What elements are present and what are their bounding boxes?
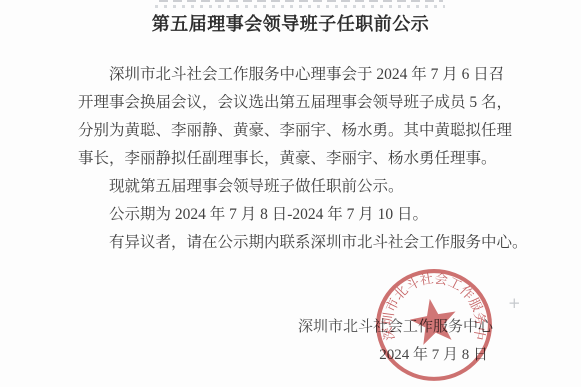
body-line: 分别为黄聪、李丽静、黄豪、李丽宇、杨水勇。其中黄聪拟任理 [78, 117, 528, 145]
cropped-text-remnant-row1 [159, 0, 443, 2]
document-body: 深圳市北斗社会工作服务中心理事会于 2024 年 7 月 6 日召 开理事会换届… [78, 61, 528, 257]
body-line: 开理事会换届会议，会议选出第五届理事会领导班子成员 5 名， [78, 89, 528, 117]
seal-icon: 深圳市北斗社会工作服务中心 [374, 268, 494, 384]
announcement-document: 第五届理事会领导班子任职前公示 深圳市北斗社会工作服务中心理事会于 2024 年… [0, 0, 581, 387]
cropped-text-remnant-row2 [155, 5, 445, 8]
body-line: 有异议者，请在公示期内联系深圳市北斗社会工作服务中心。 [78, 229, 528, 257]
stray-plus-mark: + [508, 294, 521, 312]
cropped-text-remnant [155, 0, 445, 9]
body-line: 深圳市北斗社会工作服务中心理事会于 2024 年 7 月 6 日召 [78, 61, 528, 89]
seal-star-icon [407, 295, 460, 347]
page-title: 第五届理事会领导班子任职前公示 [0, 10, 581, 36]
official-seal-stamp: 深圳市北斗社会工作服务中心 [374, 268, 494, 384]
body-line: 公示期为 2024 年 7 月 8 日-2024 年 7 月 10 日。 [78, 201, 528, 229]
body-line: 现就第五届理事会领导班子做任职前公示。 [78, 173, 528, 201]
body-line: 事长，李丽静拟任副理事长，黄豪、李丽宇、杨水勇任理事。 [78, 145, 528, 173]
